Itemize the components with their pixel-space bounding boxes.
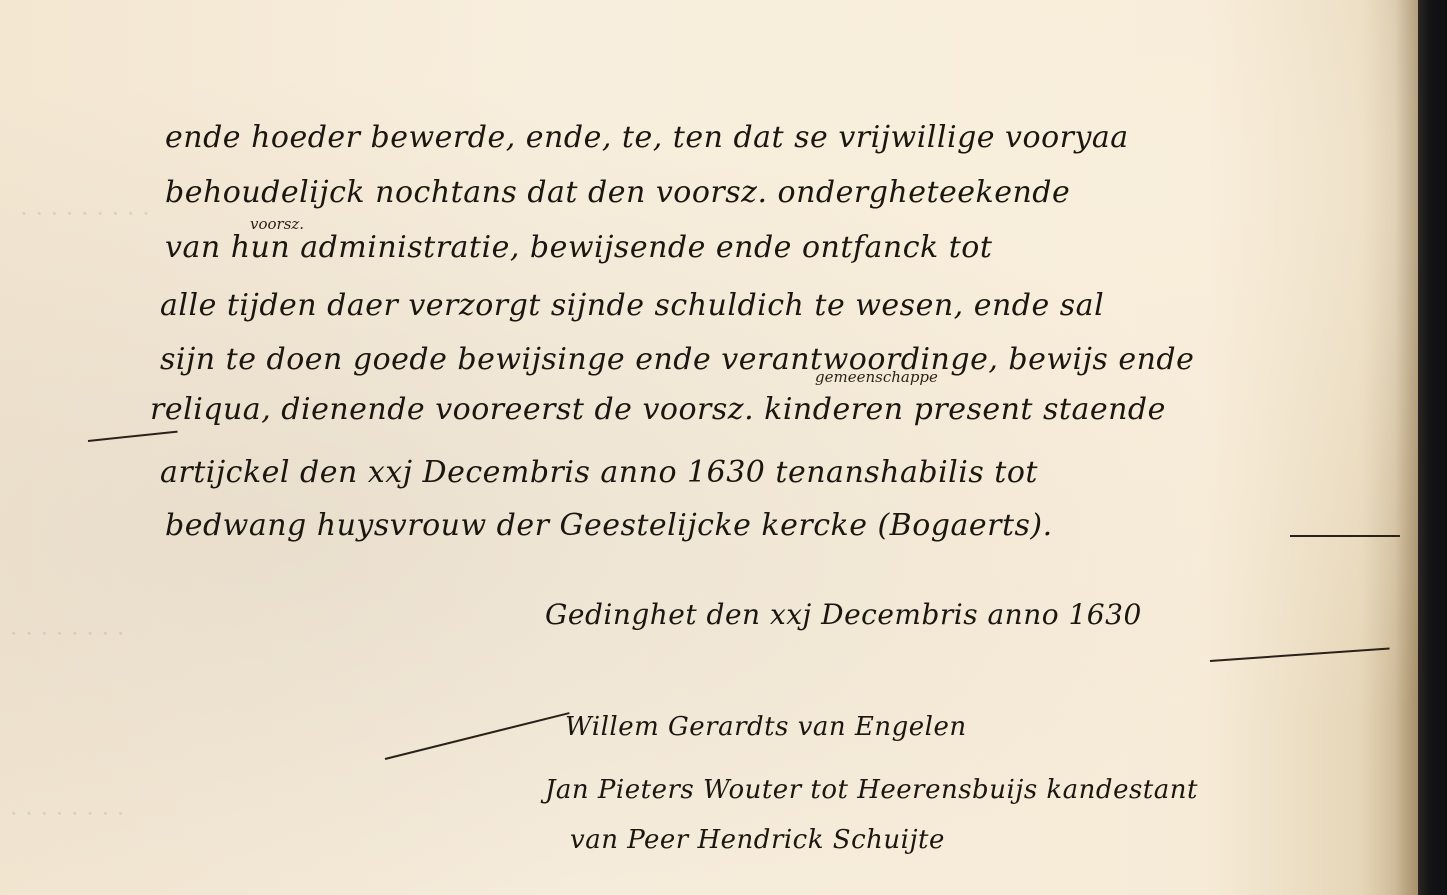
manuscript-line-5: sijn te doen goede bewijsinge ende veran… <box>160 342 1194 377</box>
manuscript-line-1: ende hoeder bewerde, ende, te, ten dat s… <box>165 120 1129 155</box>
dateline-underline <box>1210 647 1390 662</box>
margin-flourish <box>88 431 178 442</box>
interlinear-note-2: gemeenschappe <box>815 368 938 386</box>
page-edge-shadow <box>1395 0 1419 895</box>
bleed-through-text: · · · · · · · · <box>10 620 124 648</box>
signature-1: Willem Gerardts van Engelen <box>565 712 967 742</box>
manuscript-line-8: bedwang huysvrouw der Geestelijcke kerck… <box>165 508 1053 543</box>
signature-lead-stroke <box>385 712 570 760</box>
line-end-stroke <box>1290 535 1400 537</box>
dateline: Gedinghet den xxj Decembris anno 1630 <box>545 598 1142 631</box>
book-binding <box>1418 0 1447 895</box>
signature-2: Jan Pieters Wouter tot Heerensbuijs kand… <box>545 775 1198 805</box>
manuscript-page: · · · · · · · · · · · · · · · · · · · · … <box>0 0 1418 895</box>
signature-3: van Peer Hendrick Schuijte <box>570 825 945 855</box>
manuscript-line-3: van hun administratie, bewijsende ende o… <box>165 230 992 265</box>
bleed-through-text: · · · · · · · · <box>10 800 124 828</box>
manuscript-line-2: behoudelijck nochtans dat den voorsz. on… <box>165 175 1070 210</box>
manuscript-line-7: artijckel den xxj Decembris anno 1630 te… <box>160 455 1038 490</box>
bleed-through-text: · · · · · · · · · <box>20 200 150 228</box>
manuscript-line-6: reliqua, dienende vooreerst de voorsz. k… <box>150 392 1166 427</box>
manuscript-line-4: alle tijden daer verzorgt sijnde schuldi… <box>160 288 1104 323</box>
